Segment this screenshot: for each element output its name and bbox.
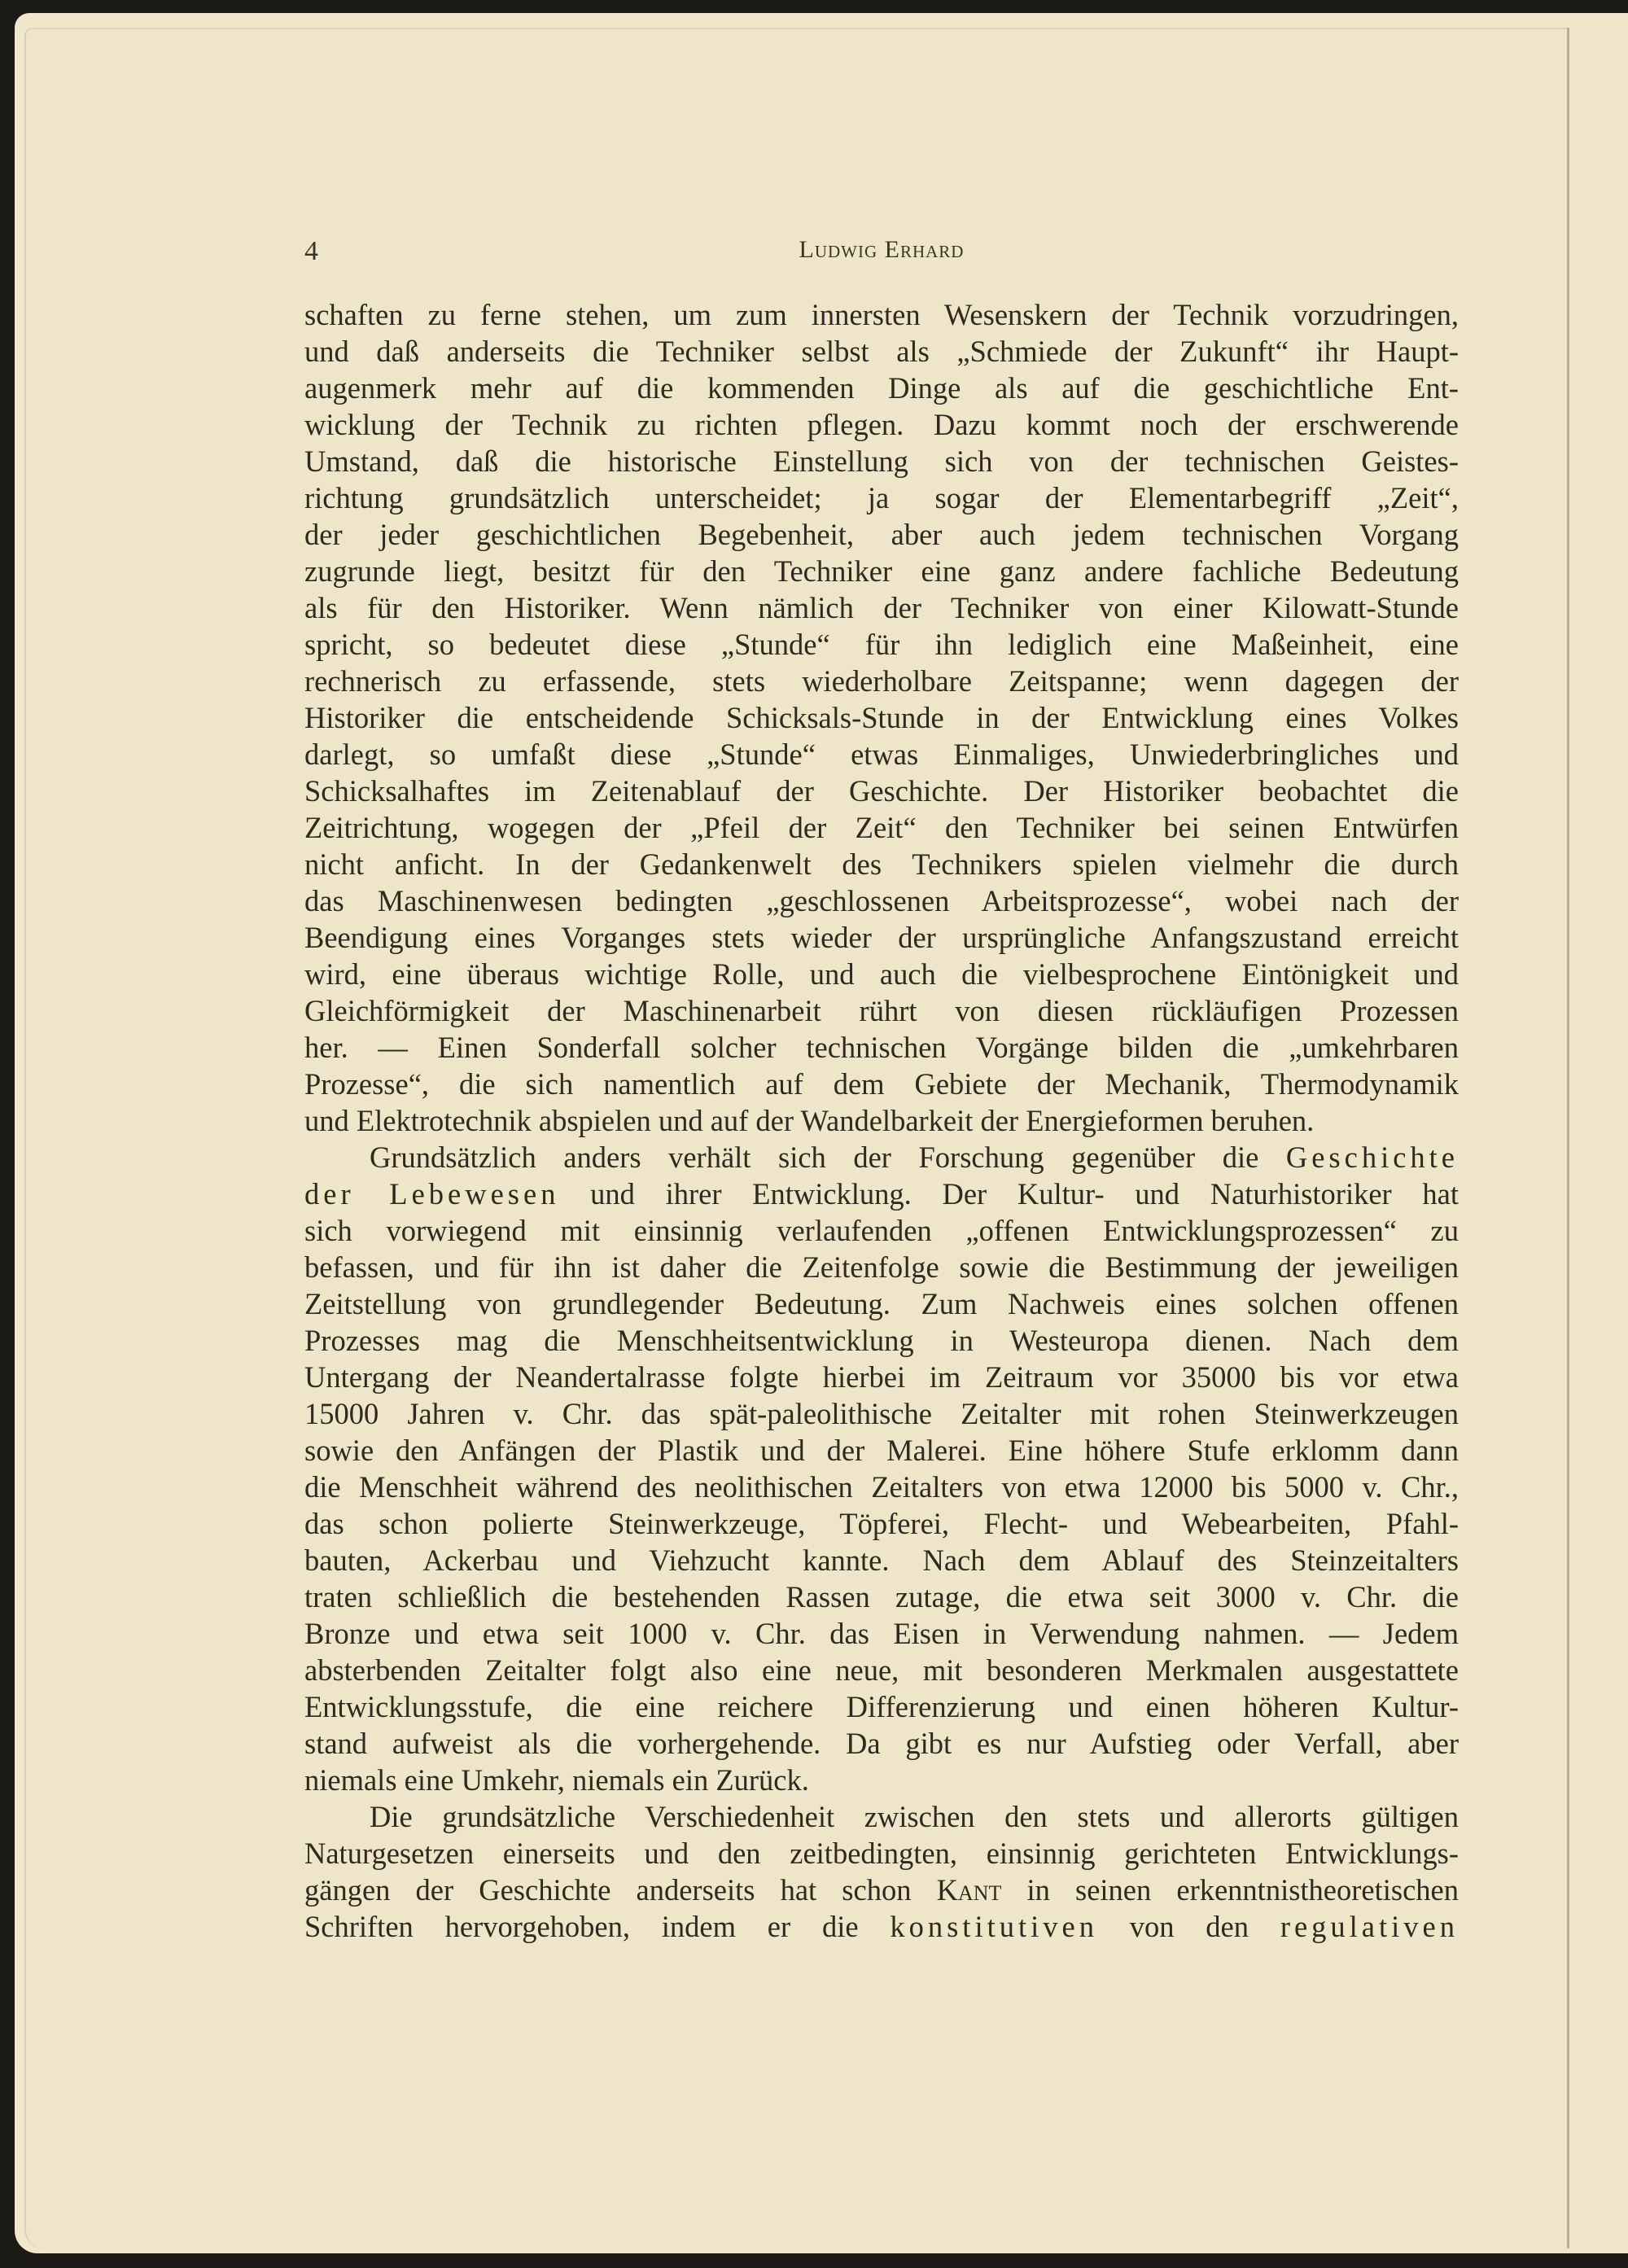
text-line: Beendigung eines Vorganges stets wieder … <box>304 919 1459 956</box>
text-line: zugrunde liegt, besitzt für den Technike… <box>304 553 1459 589</box>
running-head: Ludwig Erhard <box>304 236 1459 264</box>
text-line: Gleichförmigkeit der Maschinenarbeit rüh… <box>304 992 1459 1029</box>
emphasis-spaced: regulativen <box>1280 1910 1459 1943</box>
text-line: augenmerk mehr auf die kommenden Dinge a… <box>304 370 1459 406</box>
text-line: das schon polierte Steinwerkzeuge, Töpfe… <box>304 1505 1459 1542</box>
text-line: als für den Historiker. Wenn nämlich der… <box>304 589 1459 626</box>
text-line: befassen, und für ihn ist daher die Zeit… <box>304 1249 1459 1285</box>
text-line: Prozesses mag die Menschheitsentwicklung… <box>304 1322 1459 1359</box>
text-line: rechnerisch zu erfassende, stets wiederh… <box>304 663 1459 699</box>
text-line: Schicksalhaftes im Zeitenablauf der Gesc… <box>304 773 1459 809</box>
text-line: wird, eine überaus wichtige Rolle, und a… <box>304 956 1459 992</box>
text-line: das Maschinenwesen bedingten „geschlosse… <box>304 882 1459 919</box>
text-line: sowie den Anfängen der Plastik und der M… <box>304 1432 1459 1469</box>
text-line: Zeitrichtung, wogegen der „Pfeil der Zei… <box>304 809 1459 846</box>
text-line: Die grundsätzliche Verschiedenheit zwisc… <box>304 1798 1459 1835</box>
text-run: Grundsätzlich anders verhält sich der Fo… <box>370 1141 1258 1174</box>
text-line: Naturgesetzen einerseits und den zeitbed… <box>304 1835 1459 1872</box>
text-line: Umstand, daß die historische Einstellung… <box>304 443 1459 479</box>
emphasis-spaced: konstitutiven <box>890 1910 1098 1943</box>
text-line: der jeder geschichtlichen Begebenheit, a… <box>304 516 1459 553</box>
text-run: von den <box>1098 1910 1280 1943</box>
text-line: und Elektrotechnik abspielen und auf der… <box>304 1102 1459 1139</box>
text-line: darlegt, so umfaßt diese „Stunde“ etwas … <box>304 736 1459 773</box>
next-page-edge <box>1567 28 1628 2248</box>
text-line: spricht, so bedeutet diese „Stunde“ für … <box>304 626 1459 663</box>
author-name-small-caps: Kant <box>937 1873 1002 1907</box>
text-run: gängen der Geschichte anderseits hat sch… <box>304 1873 937 1907</box>
text-line: niemals eine Umkehr, niemals ein Zurück. <box>304 1762 1459 1798</box>
text-line: stand aufweist als die vorhergehende. Da… <box>304 1725 1459 1762</box>
text-run: in seinen erkenntnistheoretischen <box>1001 1873 1459 1907</box>
text-line: bauten, Ackerbau und Viehzucht kannte. N… <box>304 1542 1459 1578</box>
text-line: her. — Einen Sonderfall solcher technisc… <box>304 1029 1459 1066</box>
text-line: Entwicklungsstufe, die eine reichere Dif… <box>304 1688 1459 1725</box>
text-line: sich vorwiegend mit einsinnig verlaufend… <box>304 1212 1459 1249</box>
page-header: 4 Ludwig Erhard <box>304 236 1459 269</box>
text-line: 15000 Jahren v. Chr. das spät-paleolithi… <box>304 1395 1459 1432</box>
text-line: absterbenden Zeitalter folgt also eine n… <box>304 1652 1459 1688</box>
text-line: Prozesse“, die sich namentlich auf dem G… <box>304 1066 1459 1102</box>
text-run: Schriften hervorgehoben, indem er die <box>304 1910 890 1943</box>
text-run: und ihrer Entwicklung. Der Kultur- und N… <box>559 1177 1459 1211</box>
emphasis-spaced: Geschichte <box>1286 1141 1459 1174</box>
text-line: Historiker die entscheidende Schicksals-… <box>304 699 1459 736</box>
text-line: nicht anficht. In der Gedankenwelt des T… <box>304 846 1459 882</box>
text-line: gängen der Geschichte anderseits hat sch… <box>304 1872 1459 1908</box>
text-line: der Lebewesen und ihrer Entwicklung. Der… <box>304 1176 1459 1212</box>
text-line: und daß anderseits die Techniker selbst … <box>304 333 1459 370</box>
emphasis-spaced: der Lebewesen <box>304 1177 559 1211</box>
body-text: schaften zu ferne stehen, um zum innerst… <box>304 296 1459 1945</box>
text-line: Bronze und etwa seit 1000 v. Chr. das Ei… <box>304 1615 1459 1652</box>
text-line: traten schließlich die bestehenden Rasse… <box>304 1578 1459 1615</box>
text-line: die Menschheit während des neolithischen… <box>304 1469 1459 1505</box>
text-line: schaften zu ferne stehen, um zum innerst… <box>304 296 1459 333</box>
text-line: richtung grundsätzlich unterscheidet; ja… <box>304 479 1459 516</box>
text-line: Grundsätzlich anders verhält sich der Fo… <box>304 1139 1459 1176</box>
text-line: wicklung der Technik zu richten pflegen.… <box>304 406 1459 443</box>
text-line: Zeitstellung von grundlegender Bedeutung… <box>304 1285 1459 1322</box>
text-line: Schriften hervorgehoben, indem er die ko… <box>304 1908 1459 1945</box>
text-line: Untergang der Neandertalrasse folgte hie… <box>304 1359 1459 1395</box>
